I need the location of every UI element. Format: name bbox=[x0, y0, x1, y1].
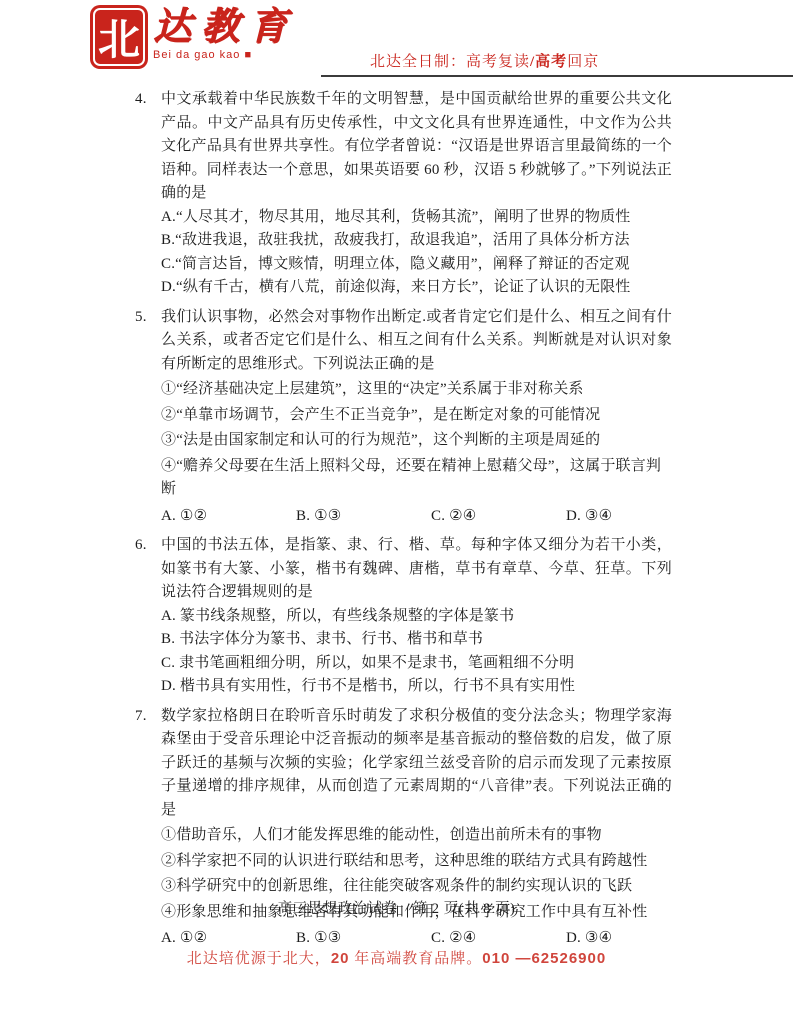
question-5: 5. 我们认识事物，必然会对事物作出断定.或者肯定它们是什么、相互之间有什么关系… bbox=[135, 306, 672, 529]
question-5-choice-c: C. ②④ bbox=[431, 505, 566, 529]
question-4-number: 4. bbox=[135, 88, 147, 112]
page-header: 北 达教育 Bei da gao kao ■ 北达全日制：高考复读/高考回京 bbox=[93, 6, 713, 76]
question-4-option-d: D.“纵有千古，横有八荒，前途似海，来日方长”，论证了认识的无限性 bbox=[161, 276, 672, 300]
question-5-choice-b: B. ①③ bbox=[296, 505, 431, 529]
question-6: 6. 中国的书法五体，是指篆、隶、行、楷、草。每种字体又细分为若干小类，如篆书有… bbox=[135, 534, 672, 699]
question-7-item-2: ②科学家把不同的认识进行联结和思考，这种思维的联结方式具有跨越性 bbox=[161, 850, 672, 874]
question-6-option-c: C. 隶书笔画粗细分明，所以，如果不是隶书，笔画粗细不分明 bbox=[161, 652, 672, 676]
brand-name: 达教育 bbox=[153, 8, 297, 46]
promo-text-1: 北达培优源于北大， bbox=[187, 951, 331, 967]
question-5-choice-d: D. ③④ bbox=[566, 505, 612, 529]
tagline-part-bold: /高考 bbox=[530, 54, 567, 70]
promo-footer: 北达培优源于北大，20 年高端教育品牌。010 —62526900 bbox=[0, 947, 793, 968]
question-4-option-a: A.“人尽其才，物尽其用，地尽其利，货畅其流”，阐明了世界的物质性 bbox=[161, 206, 672, 230]
question-6-option-a: A. 篆书线条规整，所以，有些线条规整的字体是篆书 bbox=[161, 605, 672, 629]
question-7-number: 7. bbox=[135, 705, 147, 729]
seal-logo-icon: 北 bbox=[93, 8, 145, 66]
question-4-stem: 中文承载着中华民族数千年的文明智慧，是中国贡献给世界的重要公共文化产品。中文产品… bbox=[161, 88, 672, 206]
question-4-option-c: C.“简言达旨，博文赅情，明理立体，隐义藏用”，阐释了辩证的否定观 bbox=[161, 253, 672, 277]
question-4: 4. 中文承载着中华民族数千年的文明智慧，是中国贡献给世界的重要公共文化产品。中… bbox=[135, 88, 672, 300]
question-6-stem: 中国的书法五体，是指篆、隶、行、楷、草。每种字体又细分为若干小类，如篆书有大篆、… bbox=[161, 534, 672, 605]
question-5-number: 5. bbox=[135, 306, 147, 330]
question-7-item-1: ①借助音乐，人们才能发挥思维的能动性，创造出前所未有的事物 bbox=[161, 824, 672, 848]
question-5-item-1: ①“经济基础决定上层建筑”，这里的“决定”关系属于非对称关系 bbox=[161, 378, 672, 402]
question-5-stem: 我们认识事物，必然会对事物作出断定.或者肯定它们是什么、相互之间有什么关系，或者… bbox=[161, 306, 672, 377]
promo-years: 20 bbox=[331, 950, 350, 967]
question-6-option-b: B. 书法字体分为篆书、隶书、行书、楷书和草书 bbox=[161, 628, 672, 652]
question-6-number: 6. bbox=[135, 534, 147, 558]
tagline-part-1: 北达全日制：高考复读 bbox=[370, 54, 530, 70]
promo-phone: 010 —62526900 bbox=[482, 950, 606, 967]
question-7-item-3: ③科学研究中的创新思维，往往能突破客观条件的制约实现认识的飞跃 bbox=[161, 875, 672, 899]
brand-text-block: 达教育 Bei da gao kao ■ bbox=[153, 8, 297, 61]
question-5-choice-a: A. ①② bbox=[161, 505, 296, 529]
question-5-choices: A. ①② B. ①③ C. ②④ D. ③④ bbox=[161, 505, 672, 529]
tagline-part-2: 回京 bbox=[567, 54, 599, 70]
question-7-stem: 数学家拉格朗日在聆听音乐时萌发了求积分极值的变分法念头；物理学家海森堡由于受音乐… bbox=[161, 705, 672, 823]
header-tagline: 北达全日制：高考复读/高考回京 bbox=[370, 50, 599, 71]
header-divider bbox=[321, 75, 793, 77]
question-5-item-2: ②“单靠市场调节，会产生不正当竞争”，是在断定对象的可能情况 bbox=[161, 404, 672, 428]
promo-text-2: 年高端教育品牌。 bbox=[350, 951, 483, 967]
question-5-item-3: ③“法是由国家制定和认可的行为规范”，这个判断的主项是周延的 bbox=[161, 429, 672, 453]
question-6-option-d: D. 楷书具有实用性，行书不是楷书，所以，行书不具有实用性 bbox=[161, 675, 672, 699]
exam-content: 4. 中文承载着中华民族数千年的文明智慧，是中国贡献给世界的重要公共文化产品。中… bbox=[135, 88, 672, 957]
exam-page: 北 达教育 Bei da gao kao ■ 北达全日制：高考复读/高考回京 4… bbox=[0, 0, 793, 1024]
question-4-option-b: B.“敌进我退，敌驻我扰，敌疲我打，敌退我追”，活用了具体分析方法 bbox=[161, 229, 672, 253]
seal-character: 北 bbox=[98, 7, 140, 67]
question-5-item-4: ④“赡养父母要在生活上照料父母，还要在精神上慰藉父母”，这属于联言判断 bbox=[161, 455, 672, 502]
brand-logo: 北 达教育 Bei da gao kao ■ bbox=[93, 8, 297, 66]
page-number-footer: 高三思想政治试卷 第 2 页(共 8 页) bbox=[0, 897, 793, 918]
brand-subtitle: Bei da gao kao ■ bbox=[153, 49, 297, 61]
